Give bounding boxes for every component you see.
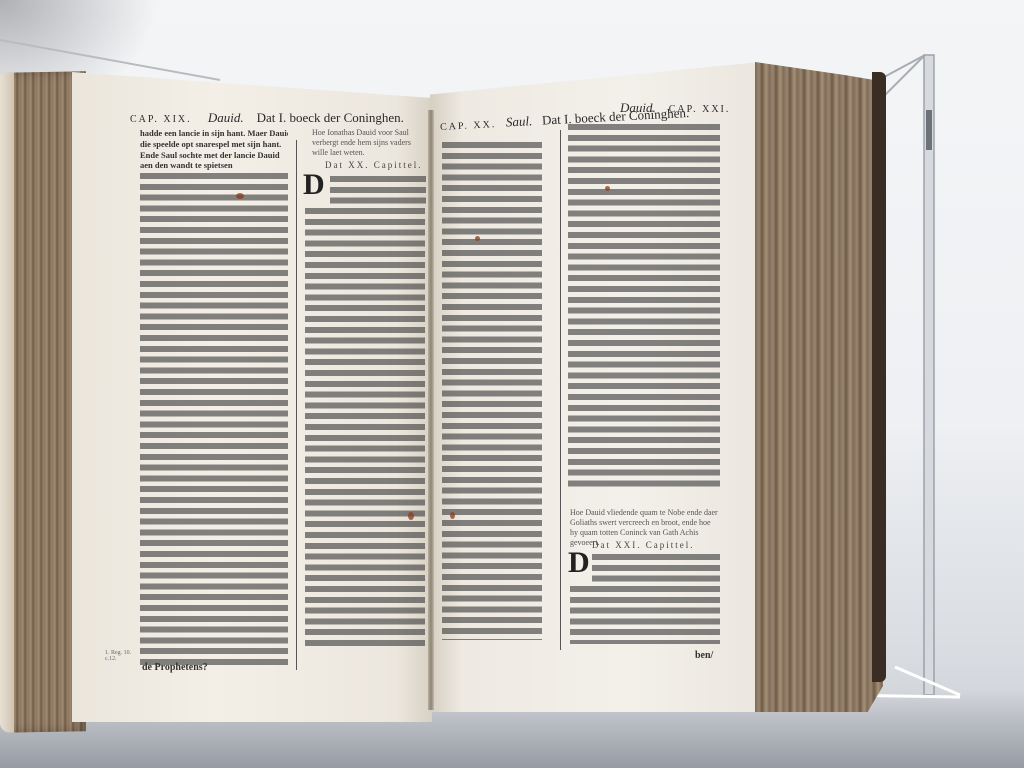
chapter-heading: Dat XX. Capittel.: [325, 160, 423, 170]
paper-stain: [450, 512, 455, 519]
book-gutter: [428, 110, 434, 710]
body-text-block: [330, 174, 426, 206]
drop-cap: D: [303, 170, 325, 200]
paper-stain: [236, 193, 244, 199]
body-text-block: [570, 584, 720, 644]
right-page-block-edge: [755, 62, 883, 712]
paper-stain: [605, 186, 610, 191]
text-line: Ende Saul sochte met der lancie Dauid: [140, 150, 288, 161]
marginal-note: 1. Reg. 10. c.12.: [105, 650, 139, 662]
column-rule: [296, 140, 297, 670]
body-text-block: [140, 171, 288, 668]
chapter-label: CAP. XX.: [440, 119, 497, 133]
drop-cap: D: [568, 548, 590, 578]
left-page-header: CAP. XIX. Dauid. Dat I. boeck der Coning…: [130, 110, 404, 126]
running-name: Saul.: [506, 113, 533, 129]
right-page-column-2: [568, 122, 720, 490]
running-name: Dauid.: [620, 100, 656, 115]
text-line: aen den wandt te spietsen: [140, 160, 288, 171]
book-title: Dat I. boeck der Coninghen.: [257, 110, 404, 125]
catchword: ben/: [695, 650, 713, 661]
text-line: die speelde opt snarespel met sijn hant.: [140, 139, 288, 150]
chapter-label: CAP. XIX.: [130, 114, 192, 125]
body-text-block: [592, 552, 720, 582]
chapter-heading: Dat XXI. Capittel.: [592, 540, 695, 550]
book-cover-edge: [872, 72, 886, 682]
right-page-header-right: Dauid. CAP. XXI.: [620, 100, 730, 116]
paper-stain: [408, 512, 414, 520]
left-page-column-1: hadde een lancie in sijn hant. Maer Daui…: [140, 128, 288, 668]
right-page-column-1: [442, 140, 542, 640]
open-book: CAP. XIX. Dauid. Dat I. boeck der Coning…: [0, 0, 1024, 768]
chapter-summary: Hoe Ionathas Dauid voor Saul verbergt en…: [312, 128, 422, 158]
running-name: Dauid.: [208, 110, 244, 125]
body-text-block: [305, 206, 425, 646]
text-line: hadde een lancie in sijn hant. Maer Daui…: [140, 128, 288, 139]
paper-stain: [475, 236, 480, 241]
last-line: de Prophetens?: [142, 662, 208, 673]
column-rule: [560, 130, 561, 650]
chapter-label: CAP. XXI.: [669, 104, 731, 115]
